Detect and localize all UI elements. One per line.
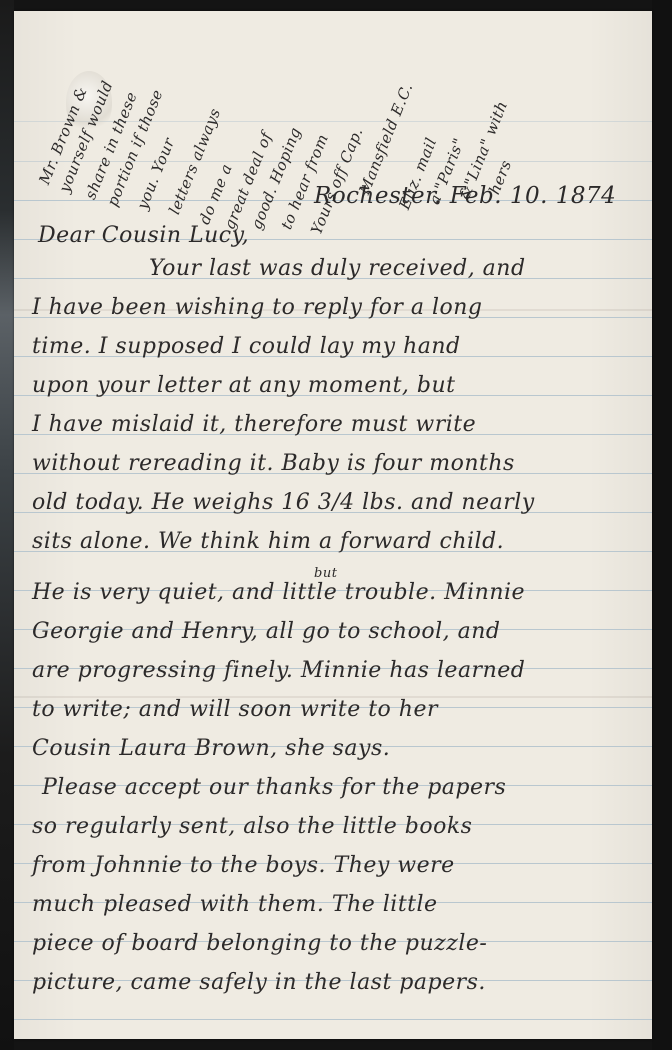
body-line: without rereading it. Baby is four month…	[32, 449, 638, 479]
body-line: Your last was duly received, and	[149, 254, 638, 284]
body-line: from Johnnie to the boys. They were	[32, 851, 638, 881]
body-line: piece of board belonging to the puzzle-	[32, 929, 638, 959]
body-line: much pleased with them. The little	[32, 890, 638, 920]
body-line: I have mislaid it, therefore must write	[32, 410, 638, 440]
scan-background-left	[0, 0, 14, 1050]
body-line: old today. He weighs 16 3/4 lbs. and nea…	[32, 488, 638, 518]
letter-dateline: Rochester. Feb. 10. 1874	[314, 183, 616, 209]
body-line: upon your letter at any moment, but	[32, 371, 638, 401]
body-line: picture, came safely in the last papers.	[32, 968, 638, 998]
letter-salutation: Dear Cousin Lucy,	[38, 223, 249, 248]
body-line: Please accept our thanks for the papers	[42, 773, 638, 803]
body-line: so regularly sent, also the little books	[32, 812, 638, 842]
body-line: He is very quiet, and little trouble. Mi…	[32, 578, 638, 608]
letter-page: Mr. Brown & yourself would share in thes…	[14, 11, 652, 1039]
body-line: Georgie and Henry, all go to school, and	[32, 617, 638, 647]
margin-note: Mr. Brown & yourself would share in thes…	[32, 19, 302, 209]
body-line: I have been wishing to reply for a long	[32, 293, 638, 323]
body-line: Cousin Laura Brown, she says.	[32, 734, 638, 764]
scan-background-right	[652, 0, 672, 1050]
body-line: are progressing finely. Minnie has learn…	[32, 656, 638, 686]
rule-line	[14, 1019, 652, 1020]
body-line: sits alone. We think him a forward child…	[32, 527, 638, 557]
body-line: time. I supposed I could lay my hand	[32, 332, 638, 362]
body-line: to write; and will soon write to her	[32, 695, 638, 725]
